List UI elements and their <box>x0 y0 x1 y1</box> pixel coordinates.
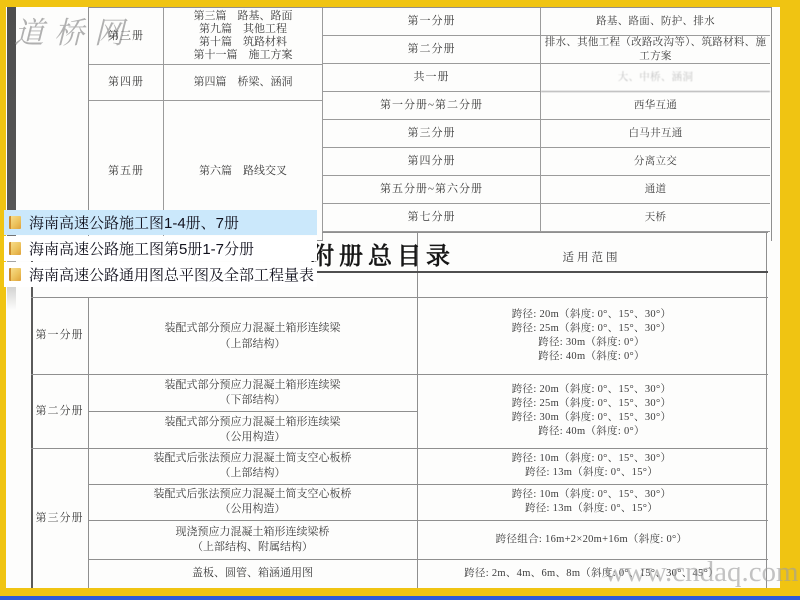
subvolume-label: 第四分册 <box>323 148 541 176</box>
subvolume-label-text: 第五分册~第六分册 <box>380 183 483 196</box>
range-column-header: 适用范围 <box>417 245 766 271</box>
desc-line: 盖板、圆管、箱涵通用图 <box>192 567 313 580</box>
subvolume-label: 第一分册~第二分册 <box>323 92 541 120</box>
desc-line: 装配式后张法预应力混凝土简支空心板桥 <box>154 451 352 466</box>
appendix-volume-label-text: 第三分册 <box>36 512 84 525</box>
desc-line: 装配式部分预应力混凝土箱形连续梁 <box>165 378 341 393</box>
appendix-desc-cell: 装配式部分预应力混凝土箱形连续梁 （下部结构） <box>88 374 417 411</box>
subvolume-content-text: 路基、路面、防护、排水 <box>596 15 715 29</box>
subvolume-content: 天桥 <box>541 204 770 232</box>
volume-label: 第四册 <box>89 65 164 101</box>
volume-content: 第四篇 桥梁、涵洞 <box>164 65 323 101</box>
desc-line: 装配式部分预应力混凝土箱形连续梁 <box>165 415 341 430</box>
range-line: 跨径: 13m（斜度: 0°、15°） <box>525 466 658 480</box>
subvolume-content: 分离立交 <box>541 148 770 176</box>
subvolume-label: 共一册 <box>323 64 541 92</box>
subvolume-content: 排水、其他工程（改路改沟等）、筑路材料、施工方案 <box>541 36 770 64</box>
appendix-desc-cell: 装配式部分预应力混凝土箱形连续梁 （上部结构） <box>88 297 417 374</box>
appendix-volume-label-text: 第二分册 <box>36 405 84 418</box>
range-line: 跨径: 10m（斜度: 0°、15°、30°） <box>512 488 672 502</box>
volume-label-text: 第三册 <box>108 30 144 43</box>
desc-line: （上部结构） <box>220 466 286 481</box>
range-line: 跨径: 30m（斜度: 0°、15°、30°） <box>512 411 672 425</box>
appendix-volume-label-text: 第一分册 <box>36 329 84 342</box>
file-list-item[interactable]: 海南高速公路通用图总平图及全部工程量表 <box>4 262 317 287</box>
appendix-range-cell: 跨径: 10m（斜度: 0°、15°、30°） 跨径: 13m（斜度: 0°、1… <box>417 448 766 484</box>
volume-label-text: 第五册 <box>108 165 144 178</box>
desc-line: 现浇预应力混凝土箱形连续梁桥 <box>176 525 330 540</box>
subvolume-content-text: 通道 <box>645 183 667 197</box>
range-line: 跨径: 13m（斜度: 0°、15°） <box>525 502 658 516</box>
bottom-blue-strip <box>0 596 800 600</box>
volume-content: 第三篇 路基、路面 第九篇 其他工程 第十篇 筑路材料 第十一篇 施工方案 <box>164 8 323 65</box>
desc-line: 装配式部分预应力混凝土箱形连续梁 <box>165 320 341 336</box>
range-line: 跨径: 20m（斜度: 0°、15°、30°） <box>512 383 672 397</box>
subvolume-label-text: 共一册 <box>414 71 450 84</box>
subvolume-label-text: 第一分册 <box>408 15 456 28</box>
volume-content-line: 第六篇 路线交叉 <box>199 165 287 178</box>
subvolume-content-text: 西华互通 <box>634 99 677 113</box>
volume-content-line: 第十一篇 施工方案 <box>194 49 293 62</box>
folder-icon <box>9 242 21 255</box>
subvolume-content: 白马井互通 <box>541 120 770 148</box>
subvolume-label-text: 第七分册 <box>408 211 456 224</box>
subvolume-content-text: 排水、其他工程（改路改沟等）、筑路材料、施工方案 <box>541 36 770 64</box>
appendix-desc-cell: 装配式后张法预应力混凝土简支空心板桥 （上部结构） <box>88 448 417 484</box>
subvolume-content: 大、中桥、涵洞 <box>541 64 770 92</box>
range-line: 跨径: 20m（斜度: 0°、15°、30°） <box>512 308 672 322</box>
subvolume-label-text: 第三分册 <box>408 127 456 140</box>
subvolume-label: 第三分册 <box>323 120 541 148</box>
range-header-text: 适用范围 <box>563 252 621 265</box>
appendix-range-cell: 跨径: 20m（斜度: 0°、15°、30°） 跨径: 25m（斜度: 0°、1… <box>417 374 766 448</box>
appendix-volume-label: 第三分册 <box>31 448 88 588</box>
volume-label-text: 第四册 <box>108 76 144 89</box>
subvolume-label-text: 第四分册 <box>408 155 456 168</box>
range-line: 跨径: 10m（斜度: 0°、15°、30°） <box>512 452 672 466</box>
table-border <box>766 232 767 588</box>
volume-content-line: 第九篇 其他工程 <box>199 23 287 36</box>
file-list-item-label: 海南高速公路通用图总平图及全部工程量表 <box>29 264 314 285</box>
volume-content-line: 第十篇 筑路材料 <box>199 36 287 49</box>
file-list-item-label: 海南高速公路施工图1-4册、7册 <box>29 212 239 233</box>
volume-content-line: 第四篇 桥梁、涵洞 <box>194 76 293 89</box>
volume-content-line: 第三篇 路基、路面 <box>194 10 293 23</box>
site-url-watermark: www.cndaq.com <box>604 556 799 589</box>
appendix-range-cell: 跨径: 10m（斜度: 0°、15°、30°） 跨径: 13m（斜度: 0°、1… <box>417 484 766 520</box>
desc-line: （下部结构） <box>220 393 286 408</box>
subvolume-content: 西华互通 <box>541 92 770 120</box>
subvolume-content-text: 天桥 <box>645 211 667 225</box>
subvolume-content-text: 大、中桥、涵洞 <box>618 71 694 85</box>
appendix-volume-label: 第一分册 <box>31 297 88 374</box>
desc-line: （公用构造） <box>220 430 286 445</box>
table-border <box>322 232 768 233</box>
folder-icon <box>9 268 21 281</box>
subvolume-label-text: 第一分册~第二分册 <box>380 99 483 112</box>
appendix-desc-cell: 装配式后张法预应力混凝土简支空心板桥 （公用构造） <box>88 484 417 520</box>
appendix-range-cell: 跨径组合: 16m+2×20m+16m（斜度: 0°） <box>417 520 766 559</box>
desc-line: （上部结构） <box>220 336 286 352</box>
subvolume-label: 第五分册~第六分册 <box>323 176 541 204</box>
file-list-item[interactable]: 海南高速公路施工图1-4册、7册 <box>4 210 317 235</box>
subvolume-content: 路基、路面、防护、排水 <box>541 8 770 36</box>
appendix-desc-cell: 装配式部分预应力混凝土箱形连续梁 （公用构造） <box>88 411 417 448</box>
range-line: 跨径: 40m（斜度: 0°） <box>538 425 645 439</box>
volume-label: 第三册 <box>89 8 164 65</box>
subvolume-content-text: 分离立交 <box>634 155 677 169</box>
range-line: 跨径: 40m（斜度: 0°） <box>538 350 645 364</box>
subvolume-content-text: 白马井互通 <box>629 127 683 141</box>
appendix-desc-cell: 现浇预应力混凝土箱形连续梁桥 （上部结构、附属结构） <box>88 520 417 559</box>
appendix-heading: 附册总目录 <box>310 236 455 271</box>
range-line: 跨径: 30m（斜度: 0°） <box>538 336 645 350</box>
appendix-desc-cell: 盖板、圆管、箱涵通用图 <box>88 559 417 588</box>
desc-line: （公用构造） <box>220 502 286 517</box>
file-list-item[interactable]: 海南高速公路施工图第5册1-7分册 <box>4 236 317 261</box>
appendix-range-cell: 跨径: 20m（斜度: 0°、15°、30°） 跨径: 25m（斜度: 0°、1… <box>417 297 766 374</box>
subvolume-label: 第七分册 <box>323 204 541 232</box>
range-line: 跨径: 25m（斜度: 0°、15°、30°） <box>512 322 672 336</box>
main-toc-table: 第三册 第三篇 路基、路面 第九篇 其他工程 第十篇 筑路材料 第十一篇 施工方… <box>88 7 772 241</box>
subvolume-label: 第一分册 <box>323 8 541 36</box>
subvolume-content: 通道 <box>541 176 770 204</box>
range-line: 跨径: 25m（斜度: 0°、15°、30°） <box>512 397 672 411</box>
file-list-item-label: 海南高速公路施工图第5册1-7分册 <box>29 238 254 259</box>
range-line: 跨径组合: 16m+2×20m+16m（斜度: 0°） <box>496 533 688 547</box>
subvolume-label: 第二分册 <box>323 36 541 64</box>
desc-line: （上部结构、附属结构） <box>192 540 313 555</box>
folder-icon <box>9 216 21 229</box>
subvolume-label-text: 第二分册 <box>408 43 456 56</box>
scanned-page-viewer: 道桥网 第三册 第三篇 路基、路面 第九篇 其他工程 第十篇 筑路材料 第十一篇… <box>0 0 800 600</box>
appendix-volume-label: 第二分册 <box>31 374 88 448</box>
desc-line: 装配式后张法预应力混凝土简支空心板桥 <box>154 487 352 502</box>
